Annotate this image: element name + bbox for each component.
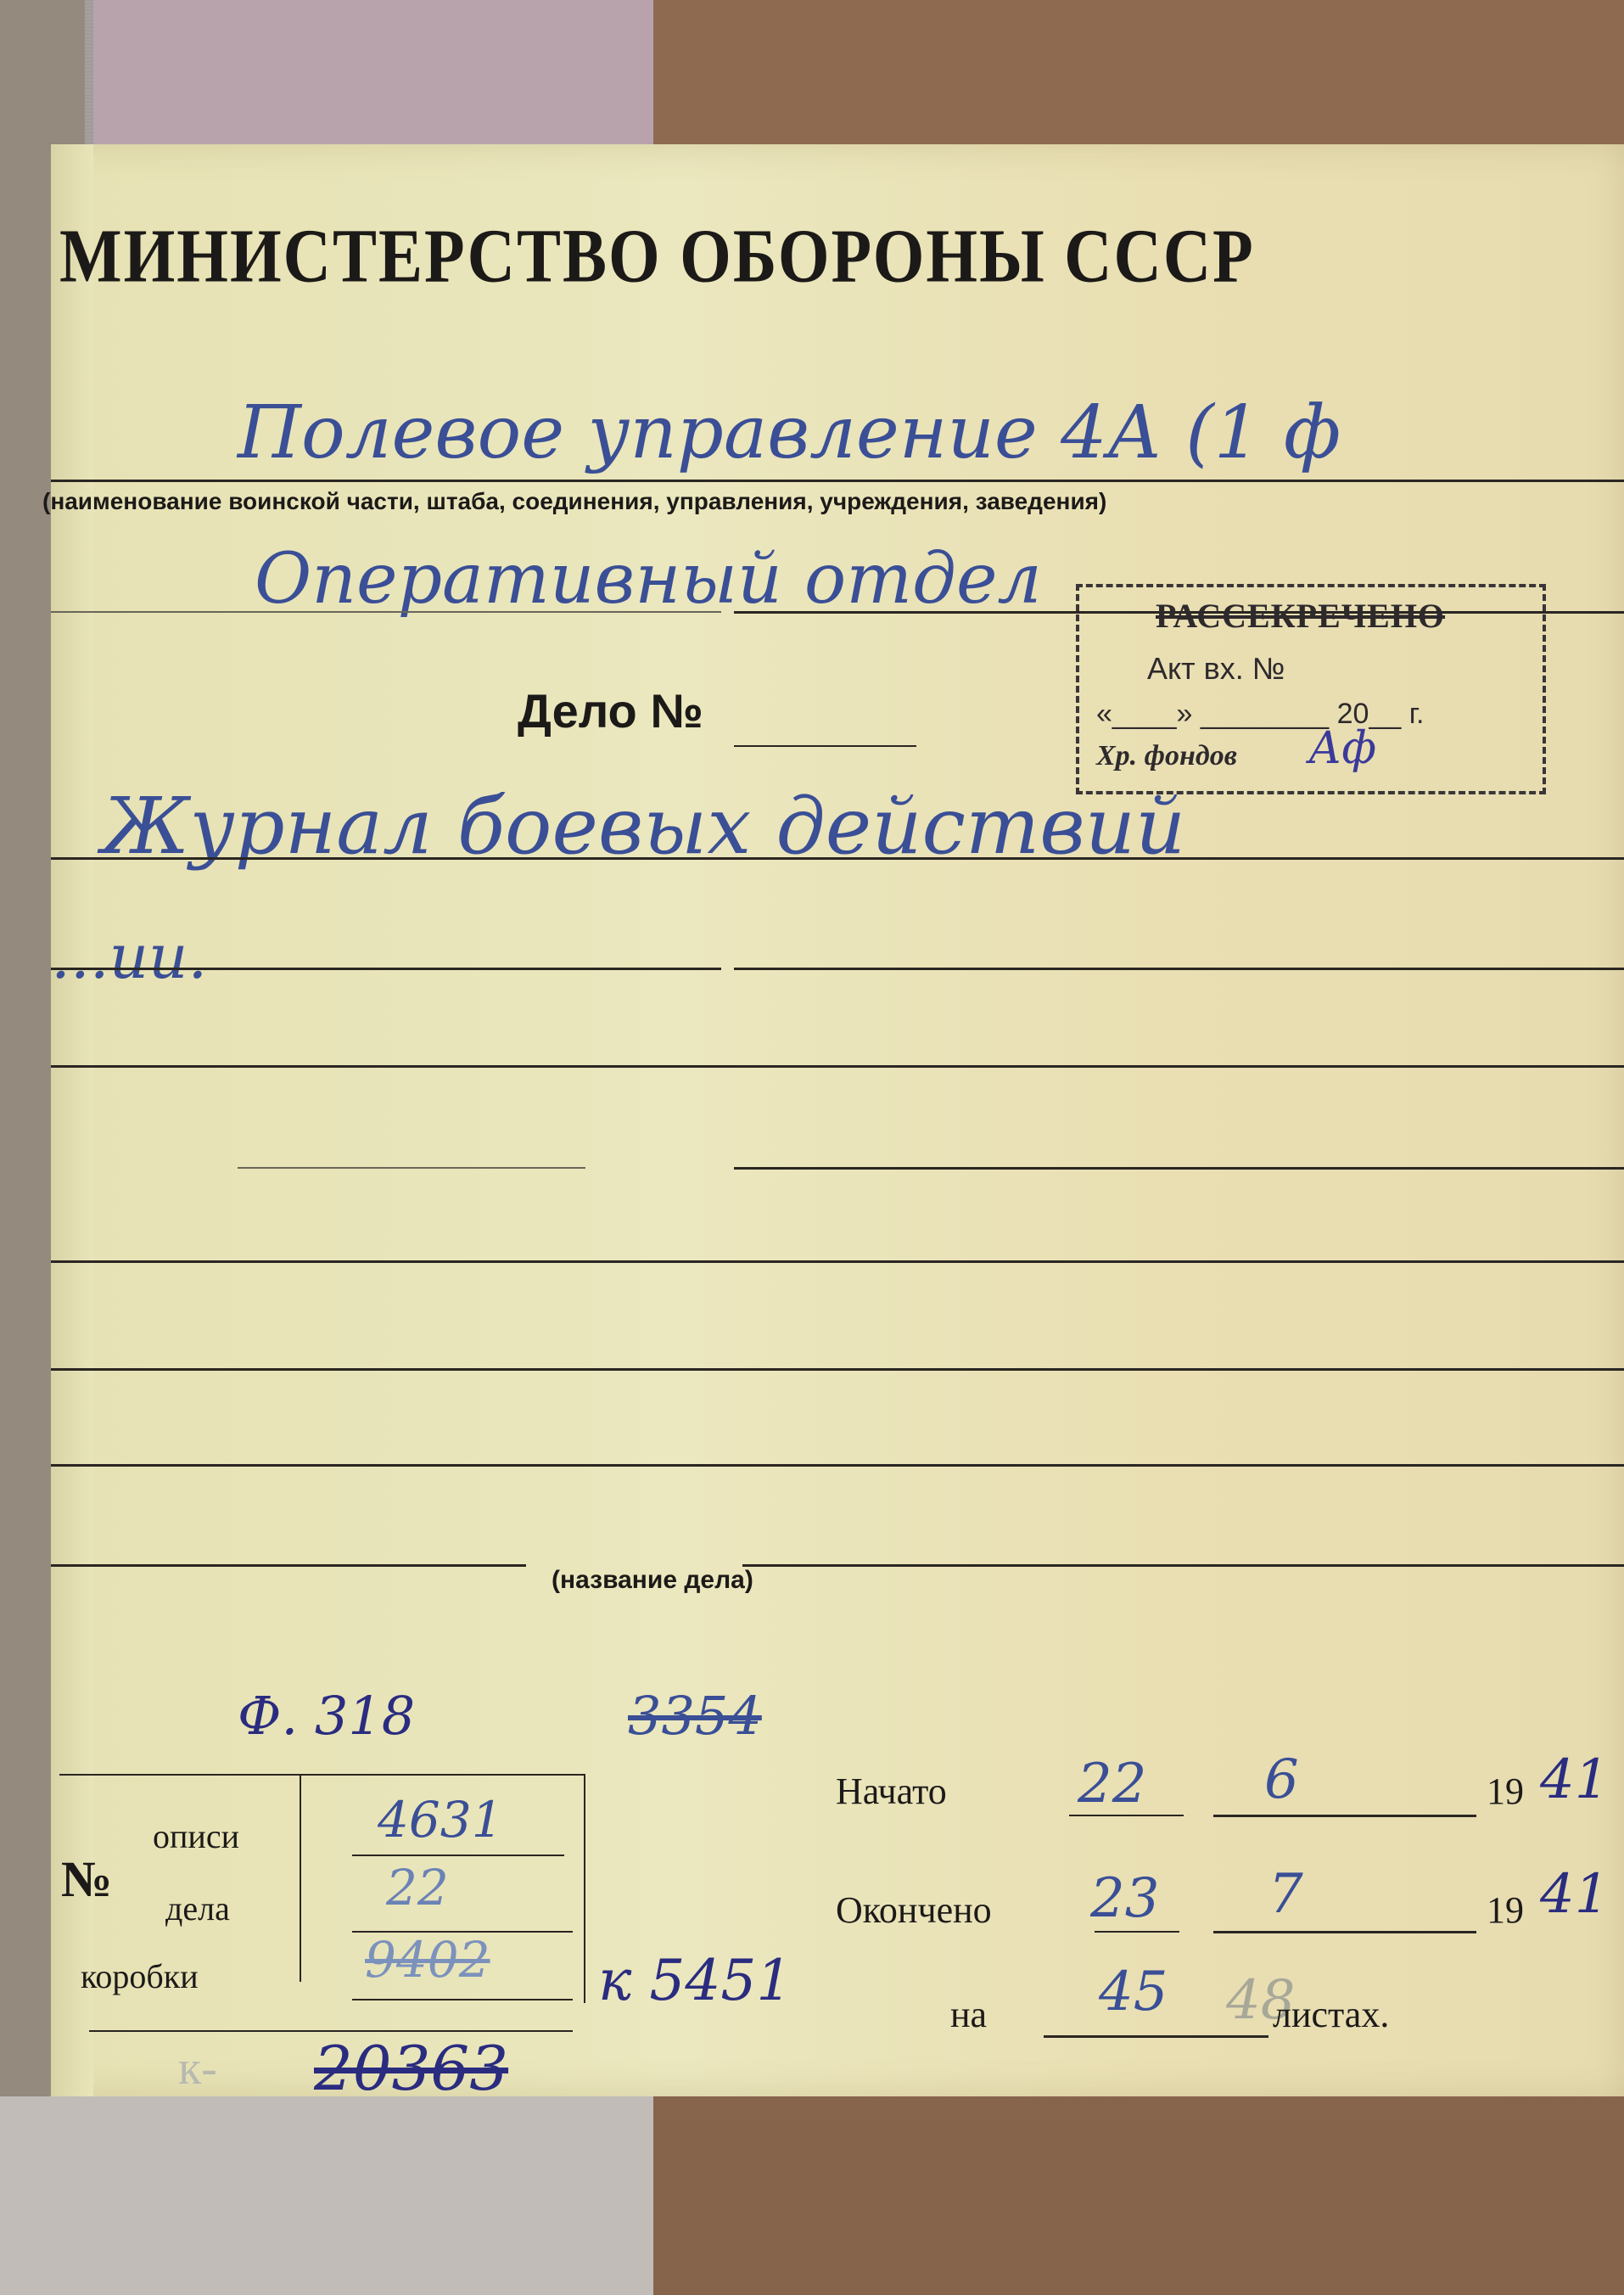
sheets-suffix: листах.	[1273, 1993, 1389, 2036]
ref-table-right-border	[584, 1774, 585, 2003]
started-day-rule	[1069, 1815, 1184, 1816]
binder-bottom-gray	[0, 2096, 653, 2295]
delo-number-label: Дело №	[518, 683, 703, 738]
ref-table-divider	[300, 1774, 301, 1982]
started-year-suffix: 41	[1540, 1748, 1609, 1811]
case-rule-2b	[734, 968, 1624, 970]
started-year-prefix: 19	[1487, 1770, 1524, 1813]
ref-label-box: коробки	[81, 1956, 199, 1996]
ended-month: 7	[1268, 1863, 1303, 1926]
stamp-keeper-label: Хр. фондов	[1096, 740, 1237, 772]
old-code-prefix: к-	[178, 2041, 217, 2096]
department-handwritten: Оперативный отдел	[255, 539, 1042, 620]
fond-number: Ф. 318	[238, 1685, 415, 1747]
started-month: 6	[1264, 1748, 1299, 1811]
case-title-line-2: ...ии.	[51, 921, 207, 992]
started-day: 22	[1078, 1753, 1146, 1815]
case-title-caption: (название дела)	[552, 1566, 753, 1595]
sheets-count: 45	[1099, 1961, 1168, 2023]
case-rule-7	[51, 1464, 1624, 1467]
ended-day: 23	[1090, 1867, 1159, 1930]
started-label: Начато	[836, 1770, 947, 1813]
ref-label-opis: описи	[153, 1816, 239, 1856]
delo-number-rule	[734, 745, 916, 747]
stamp-signature: Аф	[1308, 723, 1376, 774]
ref-value-box-struck: 9402	[365, 1931, 490, 1989]
case-rule-2a	[51, 968, 721, 970]
ended-day-rule	[1095, 1931, 1179, 1933]
ref-value-opis: 4631	[378, 1791, 503, 1849]
case-rule-8a	[51, 1564, 526, 1567]
ministry-title: МИНИСТЕРСТВО ОБОРОНЫ СССР	[59, 212, 1255, 300]
stamp-title: РАССЕКРЕЧЕНО	[1156, 596, 1445, 636]
stamp-act-label: Акт вх. №	[1147, 651, 1285, 687]
ref-rule-opis	[352, 1855, 564, 1856]
ref-table-top-rule	[59, 1774, 585, 1776]
ended-year-suffix: 41	[1540, 1863, 1609, 1926]
ref-label-delo: дела	[165, 1888, 230, 1928]
ref-value-delo: 22	[386, 1859, 449, 1916]
department-rule-left	[51, 611, 721, 613]
case-rule-6	[51, 1368, 1624, 1371]
old-code-struck: 20363	[314, 2033, 508, 2104]
declassified-stamp: РАССЕКРЕЧЕНО Акт вх. № «____» ________ 2…	[1076, 584, 1546, 794]
ref-table-bottom-rule	[89, 2030, 573, 2032]
unit-name-rule	[51, 480, 1624, 482]
ended-label: Окончено	[836, 1888, 992, 1932]
fond-label: Ф.	[238, 1685, 298, 1747]
unit-name-handwritten: Полевое управление 4А (1 ф	[238, 390, 1341, 475]
unit-name-caption: (наименование воинской части, штаба, сое…	[42, 488, 1106, 515]
fond-value: 318	[315, 1685, 415, 1747]
archive-reference-table: описи 4631 дела 22 коробки 9402	[59, 1774, 585, 2028]
fond-alt-number: 3354	[628, 1685, 762, 1747]
ended-year-prefix: 19	[1487, 1888, 1524, 1932]
box-code: к 5451	[598, 1948, 792, 2013]
ref-rule-box	[352, 1999, 573, 2000]
ended-month-rule	[1213, 1931, 1476, 1933]
case-rule-4a	[238, 1167, 585, 1169]
started-month-rule	[1213, 1815, 1476, 1817]
case-rule-4b	[734, 1167, 1624, 1170]
case-rule-1	[51, 857, 1624, 860]
case-rule-3	[51, 1065, 1624, 1068]
case-rule-5	[51, 1260, 1624, 1263]
sheets-prefix: на	[950, 1993, 987, 2036]
sheets-rule	[1044, 2035, 1268, 2038]
case-rule-8b	[742, 1564, 1624, 1567]
